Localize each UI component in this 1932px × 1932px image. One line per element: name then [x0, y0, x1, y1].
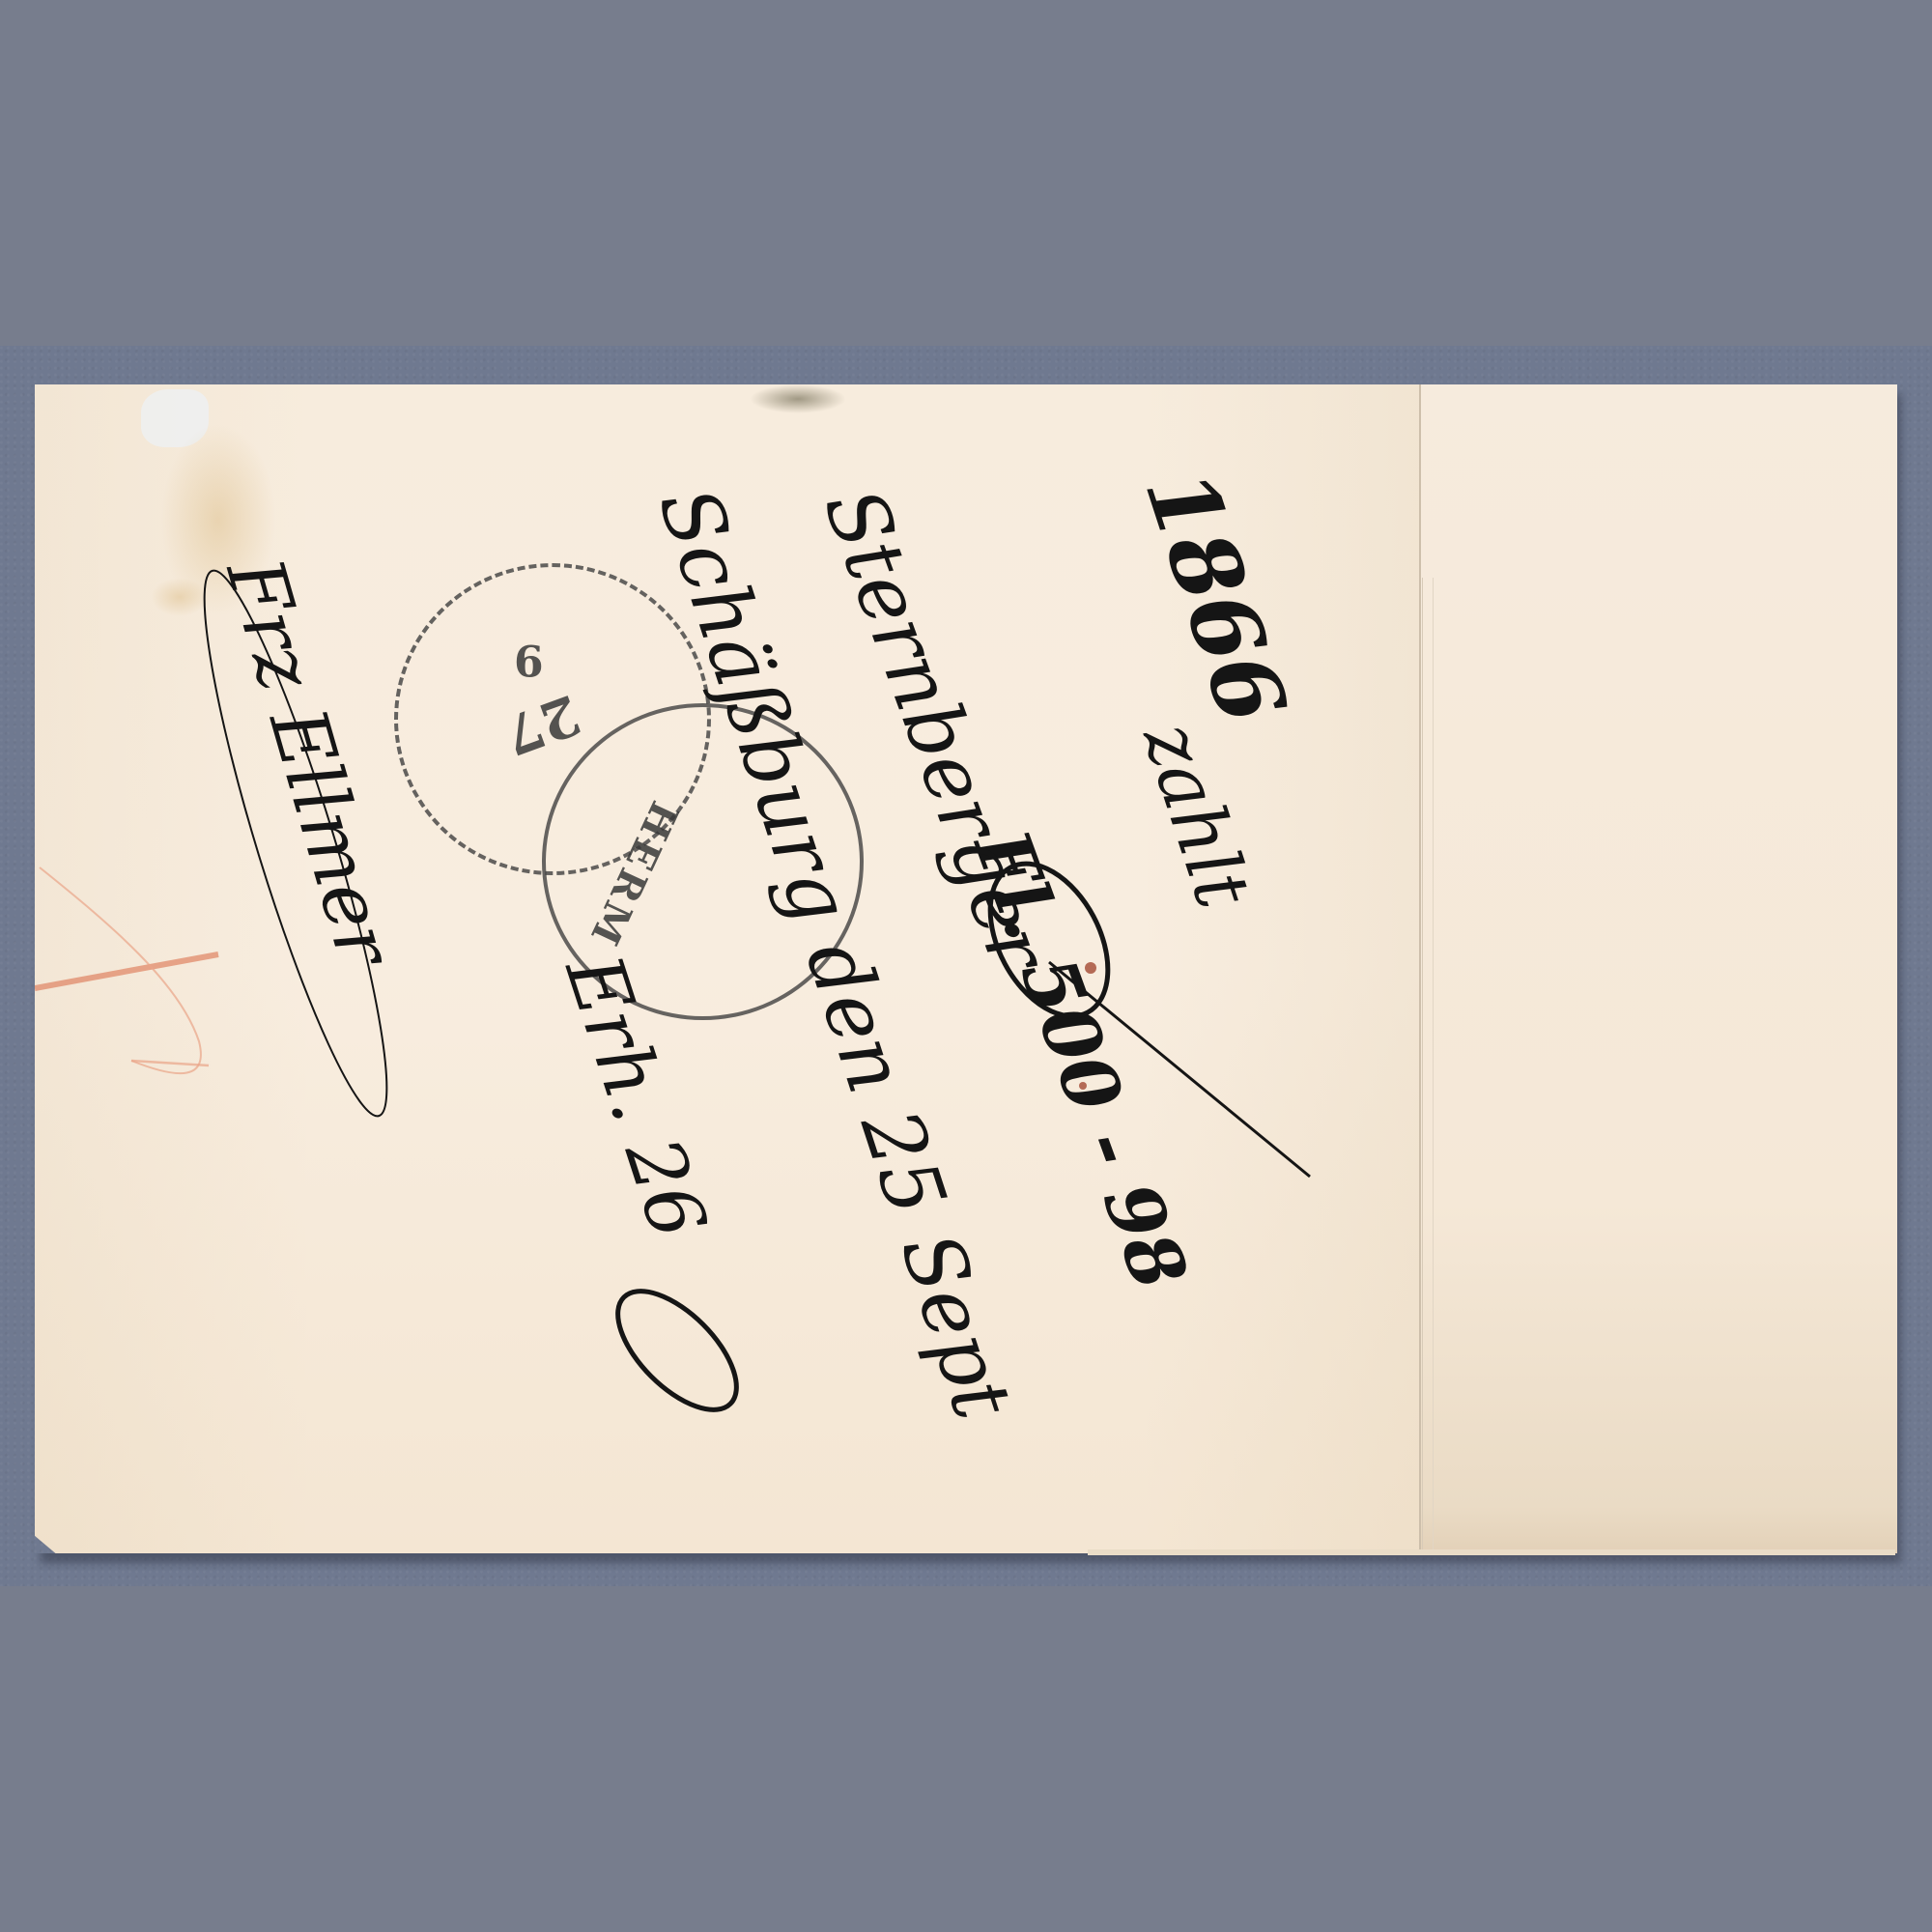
ink-smudge — [750, 384, 846, 413]
ink-flourishes — [35, 384, 1419, 1553]
letter-entire: 9 27 HERM 1866 Fl. 500 - 98 zahlt Sternb… — [35, 384, 1895, 1553]
fold-line — [1422, 578, 1434, 1553]
letter-fold-flap — [1419, 384, 1897, 1553]
